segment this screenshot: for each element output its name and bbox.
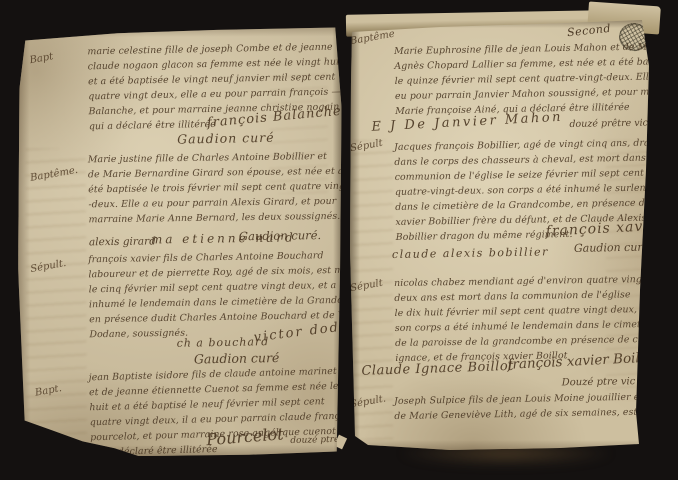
margin-label: Bapt.: [34, 383, 62, 399]
signature-priest: Gaudion curé: [574, 241, 649, 255]
manuscript-scan: Bapt marie celestine fille de joseph Com…: [0, 0, 678, 480]
signature-priest: Douzé ptre vic: [562, 376, 636, 388]
margin-label: Sépult.: [30, 258, 67, 275]
record-text: Marie Euphrosine fille de jean Louis Mah…: [394, 39, 678, 119]
record-text: Marie justine fille de Charles Antoine B…: [88, 149, 350, 228]
margin-label: Bapt: [29, 51, 54, 66]
signature-priest: Gaudion curé: [177, 130, 275, 147]
record-text: Joseph Sulpice fils de jean Louis Moine …: [394, 389, 676, 424]
signature: alexis girard: [89, 235, 156, 248]
signature-priest: Gaudion curé.: [239, 228, 321, 243]
signature-priest: Gaudion curé: [194, 350, 280, 366]
ink-showthrough: [26, 148, 87, 448]
right-page: Second Baptême Marie Euphrosine fille de…: [350, 20, 656, 450]
folio-label: Second: [566, 22, 611, 40]
margin-label: Sépult.: [349, 393, 386, 410]
signature-priest: douzé prêtre vic: [569, 118, 648, 130]
left-page: Bapt marie celestine fille de joseph Com…: [17, 27, 342, 456]
margin-label: Sépult: [349, 138, 383, 155]
margin-label: Baptême.: [29, 165, 78, 184]
margin-label: Sépult: [349, 278, 383, 294]
signature: claude alexis bobillier: [392, 245, 549, 261]
signature: Claude Ignace Boillot: [361, 359, 514, 379]
